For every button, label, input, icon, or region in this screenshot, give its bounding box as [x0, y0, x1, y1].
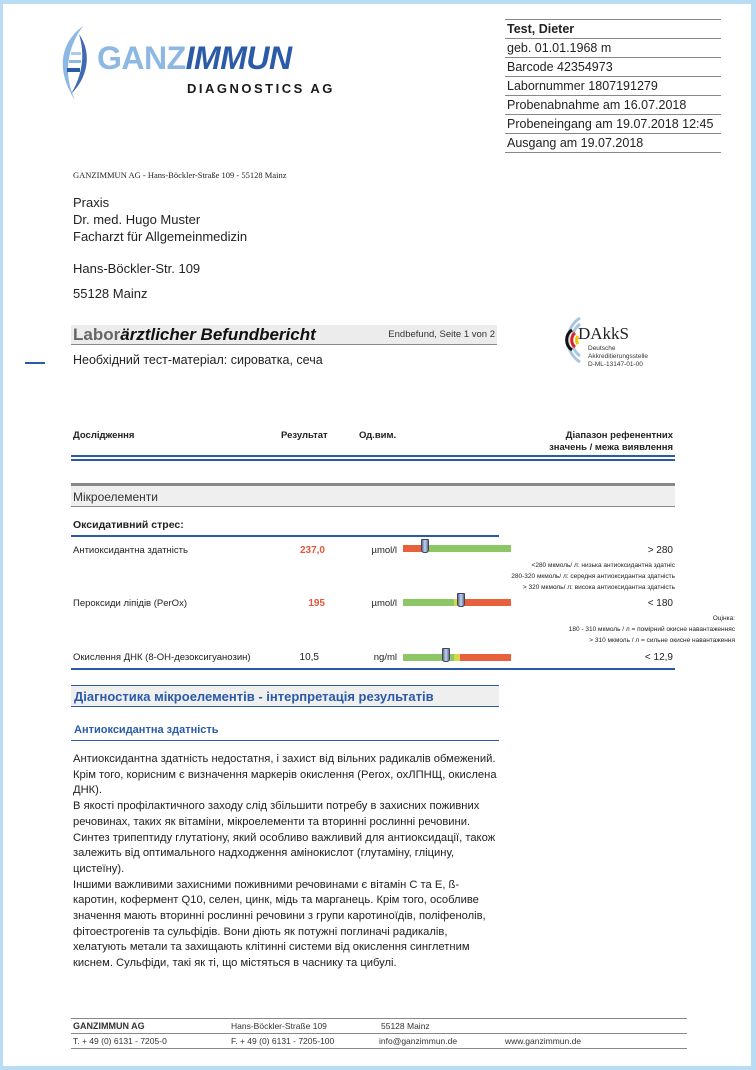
- interpretation-text: Антиоксидантна здатність недостатня, і з…: [73, 752, 503, 972]
- barcode: Barcode 42354973: [505, 57, 721, 76]
- header-divider: [71, 455, 675, 457]
- lab-number: Labornummer 1807191279: [505, 76, 721, 95]
- recipient-line: Dr. med. Hugo Muster: [73, 211, 247, 228]
- result-marker-icon: [457, 593, 465, 607]
- recipient-address: Praxis Dr. med. Hugo Muster Facharzt für…: [73, 194, 247, 245]
- dakks-accreditation-logo: DAkkS Deutsche Akkreditierungsstelle D-M…: [540, 312, 680, 374]
- subsection-oxidative-stress: Оксидативний стрес:: [73, 519, 184, 531]
- margin-mark: [25, 362, 45, 364]
- footer-fax: F. + 49 (0) 6131 - 7205-100: [231, 1034, 334, 1048]
- note-antioxidant-capacity: <280 мкмоль/ л: низька антиоксидантна зд…: [511, 560, 675, 593]
- dna-helix-icon: [53, 24, 97, 102]
- logo-wordmark: GANZIMMUN: [97, 38, 292, 78]
- ganzimmun-logo: GANZIMMUN DIAGNOSTICS AG: [53, 24, 363, 104]
- range-segment: [429, 545, 511, 552]
- table-end-divider: [71, 668, 675, 670]
- paragraph: Антиоксидантна здатність недостатня, і з…: [73, 752, 503, 799]
- unit-lipid-peroxides: µmol/l: [347, 598, 397, 609]
- result-dna-oxidation: 10,5: [259, 652, 319, 663]
- report-title-bar: Laborärztlicher Befundbericht Endbefund,…: [71, 325, 497, 345]
- result-marker-icon: [421, 539, 429, 553]
- patient-name: Test, Dieter: [505, 19, 721, 38]
- range-segment: [460, 654, 511, 661]
- recipient-street: Hans-Böckler-Str. 109: [73, 260, 200, 277]
- test-name-antioxidant-capacity: Антиоксидантна здатність: [73, 545, 188, 556]
- result-antioxidant-capacity: 237,0: [265, 545, 325, 556]
- reference-dna-oxidation: < 12,9: [645, 652, 673, 663]
- range-segment: [454, 654, 460, 661]
- header-result: Результат: [281, 430, 328, 441]
- recipient-city: 55128 Mainz: [73, 285, 147, 302]
- test-name-lipid-peroxides: Пероксиди ліпідів (PerOx): [73, 598, 187, 609]
- sample-receipt-date: Probeneingang am 19.07.2018 12:45: [505, 114, 721, 133]
- test-material: Необхідний тест-матеріал: сироватка, сеч…: [73, 353, 323, 367]
- report-page: GANZIMMUN DIAGNOSTICS AG Test, Dieter ge…: [3, 4, 751, 1066]
- subsection-divider: [71, 535, 499, 537]
- reference-lipid-peroxides: < 180: [648, 598, 673, 609]
- interpretation-subheading: Антиоксидантна здатність: [71, 722, 499, 741]
- patient-birthdate: geb. 01.01.1968 m: [505, 38, 721, 57]
- range-segment: [403, 599, 454, 606]
- patient-info-box: Test, Dieter geb. 01.01.1968 m Barcode 4…: [505, 19, 721, 153]
- logo-subtitle: DIAGNOSTICS AG: [187, 81, 335, 96]
- page-footer: GANZIMMUN AG Hans-Böckler-Straße 109 551…: [71, 1018, 687, 1049]
- unit-antioxidant-capacity: µmol/l: [347, 545, 397, 556]
- sample-collection-date: Probenabnahme am 16.07.2018: [505, 95, 721, 114]
- report-title: Laborärztlicher Befundbericht: [73, 325, 316, 344]
- recipient-line: Praxis: [73, 194, 247, 211]
- sender-address-line: GANZIMMUN AG - Hans-Böckler-Straße 109 -…: [73, 170, 286, 180]
- range-bar-antioxidant-capacity: [403, 545, 511, 552]
- range-bar-dna-oxidation: [403, 654, 511, 661]
- unit-dna-oxidation: ng/ml: [347, 652, 397, 663]
- header-test: Дослідження: [73, 430, 134, 441]
- test-name-dna-oxidation: Окислення ДНК (8-OH-дезоксигуанозин): [73, 652, 251, 663]
- recipient-line: Facharzt für Allgemeinmedizin: [73, 228, 247, 245]
- footer-website[interactable]: www.ganzimmun.de: [505, 1034, 581, 1048]
- interpretation-heading: Діагностика мікроелементів - інтерпретац…: [71, 685, 499, 707]
- footer-email[interactable]: info@ganzimmun.de: [379, 1034, 457, 1048]
- header-unit: Од.вим.: [359, 430, 396, 441]
- dakks-details: Deutsche Akkreditierungsstelle D-ML-1314…: [588, 345, 648, 369]
- paragraph: В якості профілактичного заходу слід збі…: [73, 799, 503, 878]
- header-reference-range: Діапазон рефенентних значень / межа вияв…: [549, 430, 673, 454]
- footer-company: GANZIMMUN AG: [73, 1019, 145, 1033]
- footer-city: 55128 Mainz: [381, 1019, 430, 1033]
- footer-phone: T. + 49 (0) 6131 - 7205-0: [73, 1034, 167, 1048]
- result-marker-icon: [442, 648, 450, 662]
- header-divider: [71, 459, 675, 461]
- note-lipid-peroxides: Оцінка: 180 - 310 мкмоль / л = помірний …: [569, 613, 735, 646]
- report-status: Endbefund, Seite 1 von 2: [388, 329, 495, 340]
- range-bar-lipid-peroxides: [403, 599, 511, 606]
- dakks-name: DAkkS: [578, 324, 629, 344]
- section-microelements: Мікроелементи: [71, 486, 675, 507]
- output-date: Ausgang am 19.07.2018: [505, 133, 721, 153]
- range-segment: [461, 599, 511, 606]
- reference-antioxidant-capacity: > 280: [648, 545, 673, 556]
- result-lipid-peroxides: 195: [265, 598, 325, 609]
- footer-street: Hans-Böckler-Straße 109: [231, 1019, 327, 1033]
- paragraph: Іншими важливими захисними поживними реч…: [73, 878, 503, 972]
